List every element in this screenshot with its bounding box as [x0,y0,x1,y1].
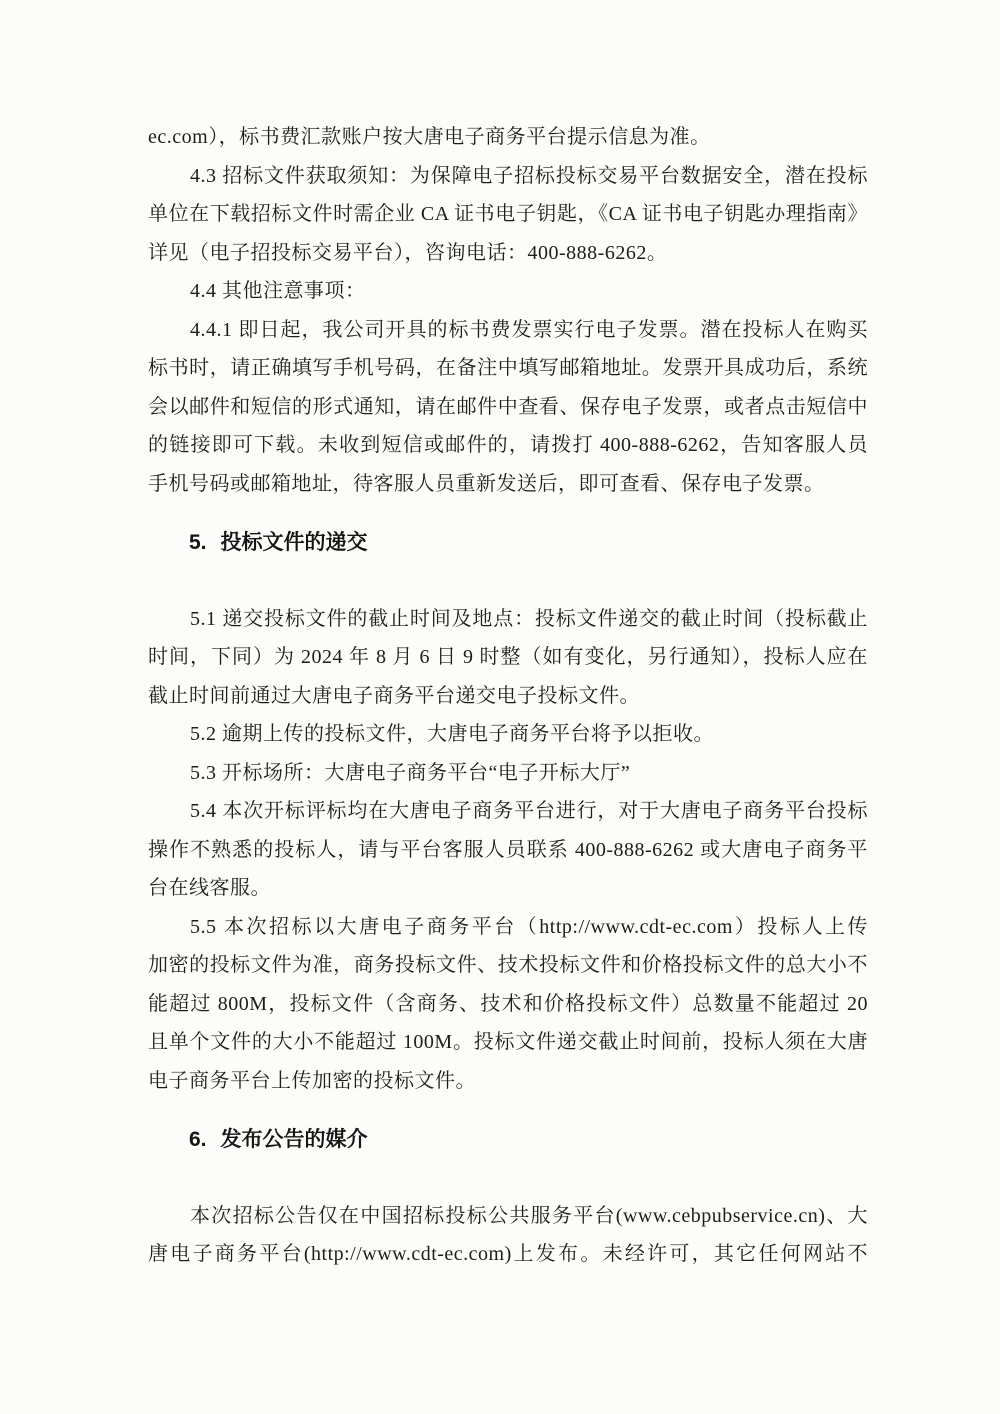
section-title: 投标文件的递交 [221,531,368,554]
document-page: ec.com），标书费汇款账户按大唐电子商务平台提示信息为准。4.3 招标文件获… [0,0,1000,1414]
text-line: 5.3 开标场所：大唐电子商务平台“电子开标大厅” [148,754,868,793]
text-line: 5.4 本次开标评标均在大唐电子商务平台进行，对于大唐电子商务平台投标 [148,792,868,831]
paragraph: 5.2 逾期上传的投标文件，大唐电子商务平台将予以拒收。 [148,715,868,754]
text-line: 操作不熟悉的投标人，请与平台客服人员联系 400-888-6262 或大唐电子商… [148,831,868,870]
paragraph: 4.4.1 即日起，我公司开具的标书费发票实行电子发票。潜在投标人在购买标书时，… [148,311,868,504]
text-line: 4.4.1 即日起，我公司开具的标书费发票实行电子发票。潜在投标人在购买 [148,311,868,350]
section-number: 6. [189,1128,207,1151]
text-line: 本次招标公告仅在中国招标投标公共服务平台(www.cebpubservice.c… [148,1197,868,1236]
paragraph: 本次招标公告仅在中国招标投标公共服务平台(www.cebpubservice.c… [148,1197,868,1274]
paragraph: 5.1 递交投标文件的截止时间及地点：投标文件递交的截止时间（投标截止时间，下同… [148,600,868,716]
text-line: 标书时，请正确填写手机号码，在备注中填写邮箱地址。发票开具成功后，系统 [148,349,868,388]
text-line: 5.5 本次招标以大唐电子商务平台（http://www.cdt-ec.com）… [148,908,868,947]
text-line: 截止时间前通过大唐电子商务平台递交电子投标文件。 [148,677,868,716]
text-line: 5.2 逾期上传的投标文件，大唐电子商务平台将予以拒收。 [148,715,868,754]
text-line: 台在线客服。 [148,869,868,908]
paragraph: 5.3 开标场所：大唐电子商务平台“电子开标大厅” [148,754,868,793]
text-line: 单位在下载招标文件时需企业 CA 证书电子钥匙，《CA 证书电子钥匙办理指南》 [148,195,868,234]
text-line: 详见（电子招投标交易平台），咨询电话：400-888-6262。 [148,234,868,273]
paragraph: ec.com），标书费汇款账户按大唐电子商务平台提示信息为准。 [148,118,868,157]
text-line: 4.3 招标文件获取须知：为保障电子招标投标交易平台数据安全，潜在投标 [148,157,868,196]
paragraph: 4.4 其他注意事项： [148,272,868,311]
text-line: 的链接即可下载。未收到短信或邮件的，请拨打 400-888-6262，告知客服人… [148,426,868,465]
text-line: 时间，下同）为 2024 年 8 月 6 日 9 时整（如有变化，另行通知），投… [148,638,868,677]
text-line: ec.com），标书费汇款账户按大唐电子商务平台提示信息为准。 [148,118,868,157]
text-line: 5.1 递交投标文件的截止时间及地点：投标文件递交的截止时间（投标截止 [148,600,868,639]
text-line: 能超过 800M，投标文件（含商务、技术和价格投标文件）总数量不能超过 20 个… [148,985,868,1024]
document-content: ec.com），标书费汇款账户按大唐电子商务平台提示信息为准。4.3 招标文件获… [148,118,868,1274]
text-line: 电子商务平台上传加密的投标文件。 [148,1062,868,1101]
text-line: 会以邮件和短信的形式通知，请在邮件中查看、保存电子发票，或者点击短信中 [148,388,868,427]
section-number: 5. [189,531,207,554]
text-line: 手机号码或邮箱地址，待客服人员重新发送后，即可查看、保存电子发票。 [148,465,868,504]
text-line: 且单个文件的大小不能超过 100M。投标文件递交截止时间前，投标人须在大唐 [148,1023,868,1062]
paragraph: 5.4 本次开标评标均在大唐电子商务平台进行，对于大唐电子商务平台投标操作不熟悉… [148,792,868,908]
section-title: 发布公告的媒介 [221,1128,368,1151]
text-line: 加密的投标文件为准，商务投标文件、技术投标文件和价格投标文件的总大小不 [148,946,868,985]
section-heading: 5.投标文件的递交 [148,524,868,563]
text-line: 4.4 其他注意事项： [148,272,868,311]
paragraph: 4.3 招标文件获取须知：为保障电子招标投标交易平台数据安全，潜在投标单位在下载… [148,157,868,273]
section-heading: 6.发布公告的媒介 [148,1121,868,1160]
text-line: 唐电子商务平台(http://www.cdt-ec.com)上发布。未经许可，其… [148,1235,868,1274]
paragraph: 5.5 本次招标以大唐电子商务平台（http://www.cdt-ec.com）… [148,908,868,1101]
